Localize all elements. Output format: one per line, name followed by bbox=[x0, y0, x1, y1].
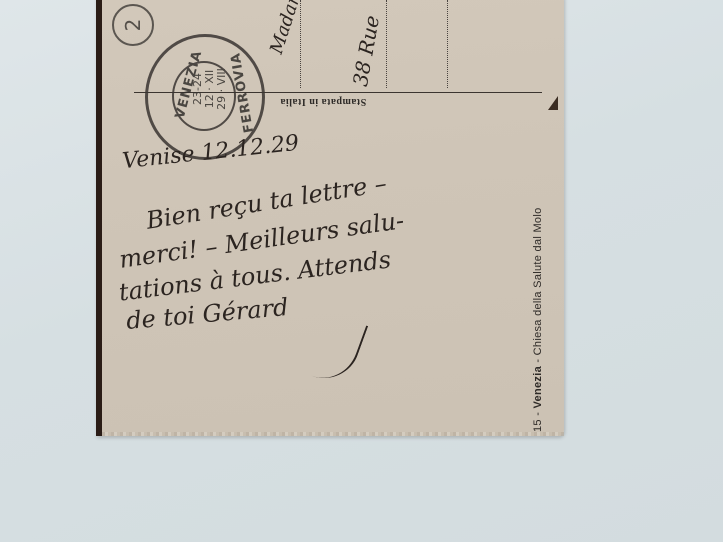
postmark-date-line: 29 · VIII bbox=[216, 59, 228, 119]
caption-place: Venezia bbox=[532, 366, 544, 408]
postmark-date: 23-24 12 · XII 29 · VIII bbox=[192, 59, 228, 119]
caption-title: Chiesa della Salute dal Molo bbox=[532, 207, 544, 355]
caption-number: 15 bbox=[532, 419, 544, 432]
address-line-divider bbox=[300, 0, 301, 88]
printed-in-italy: Stampata in Italia bbox=[280, 96, 366, 107]
address-line-divider bbox=[386, 0, 387, 88]
postcard-caption: 15 - Venezia - Chiesa della Salute dal M… bbox=[532, 112, 544, 432]
address-line-divider bbox=[447, 0, 448, 88]
circled-number: 2 bbox=[112, 4, 154, 46]
